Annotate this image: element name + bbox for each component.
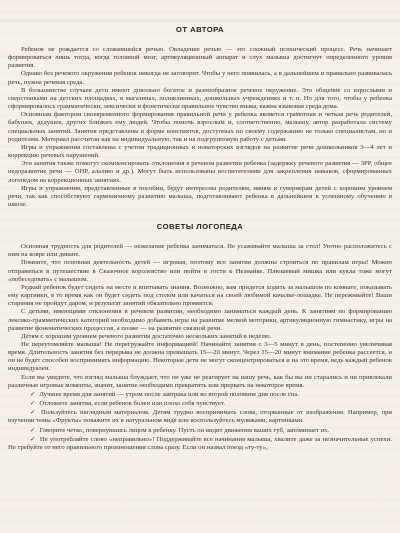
paragraph: Основная трудность для родителей — нежел… — [8, 243, 392, 259]
paragraph: Редкий ребенок будет сидеть на месте и в… — [8, 284, 392, 308]
tip-item: ✓Пользуйтесь наглядным материалом. Детям… — [8, 408, 392, 425]
tip-item: ✓Говорите четко, повернувшись лицом к ре… — [8, 426, 392, 435]
paragraph: Если вы увидите, что взгляд малыша блужд… — [8, 374, 392, 390]
tip-text: Лучшее время для занятий — утром после з… — [39, 391, 299, 398]
paragraph: С детьми, имеющими отклонения в речевом … — [8, 308, 392, 332]
section-speech-therapist-tips: СОВЕТЫ ЛОГОПЕДА Основная трудность для р… — [8, 222, 392, 452]
tip-text: Отложите занятия, если ребенок болен или… — [39, 400, 225, 407]
tip-item: ✓Отложите занятия, если ребенок болен ил… — [8, 399, 392, 408]
section-title-tips: СОВЕТЫ ЛОГОПЕДА — [8, 222, 392, 231]
paragraph: Не переутомляйте малыша! Не перегружайте… — [8, 341, 392, 374]
tip-text: Пользуйтесь наглядным материалом. Детям … — [8, 409, 392, 424]
checkmark-icon: ✓ — [30, 426, 39, 434]
tip-item: ✓Лучшее время для занятий — утром после … — [8, 390, 392, 399]
tip-item: ✓Не употребляйте слово «неправильно»! По… — [8, 435, 392, 452]
paragraph: Помните, что основная деятельность детей… — [8, 259, 392, 283]
paragraph: В большинстве случаев дети имеют довольн… — [8, 87, 392, 111]
paragraph: Игры и упражнения, представленные в посо… — [8, 185, 392, 209]
section-title-from-author: ОТ АВТОРА — [8, 25, 392, 34]
section-from-author: ОТ АВТОРА Ребенок не рождается со сложив… — [8, 0, 392, 209]
checkmark-icon: ✓ — [30, 408, 41, 416]
checkmark-icon: ✓ — [30, 399, 39, 407]
checkmark-icon: ✓ — [30, 435, 40, 443]
paragraph: Эти занятия также помогут скомпенсироват… — [8, 160, 392, 184]
tip-text: Не употребляйте слово «неправильно»! Под… — [8, 436, 392, 451]
paragraph: Однако без речевого окружения ребенок ни… — [8, 70, 392, 86]
paragraph: Детям с хорошим уровнем речевого развити… — [8, 333, 392, 341]
paragraph: Основным фактором своевременного формиро… — [8, 111, 392, 144]
title-spacer: ОТ АВТОРА — [8, 0, 392, 34]
book-page: ОТ АВТОРА Ребенок не рождается со сложив… — [0, 0, 400, 533]
tip-text: Говорите четко, повернувшись лицом к реб… — [39, 427, 329, 434]
paragraph: Игры и упражнения составлены с учетом тр… — [8, 144, 392, 160]
checkmark-icon: ✓ — [30, 390, 39, 398]
paragraph: Ребенок не рождается со сложившейся речь… — [8, 46, 392, 70]
